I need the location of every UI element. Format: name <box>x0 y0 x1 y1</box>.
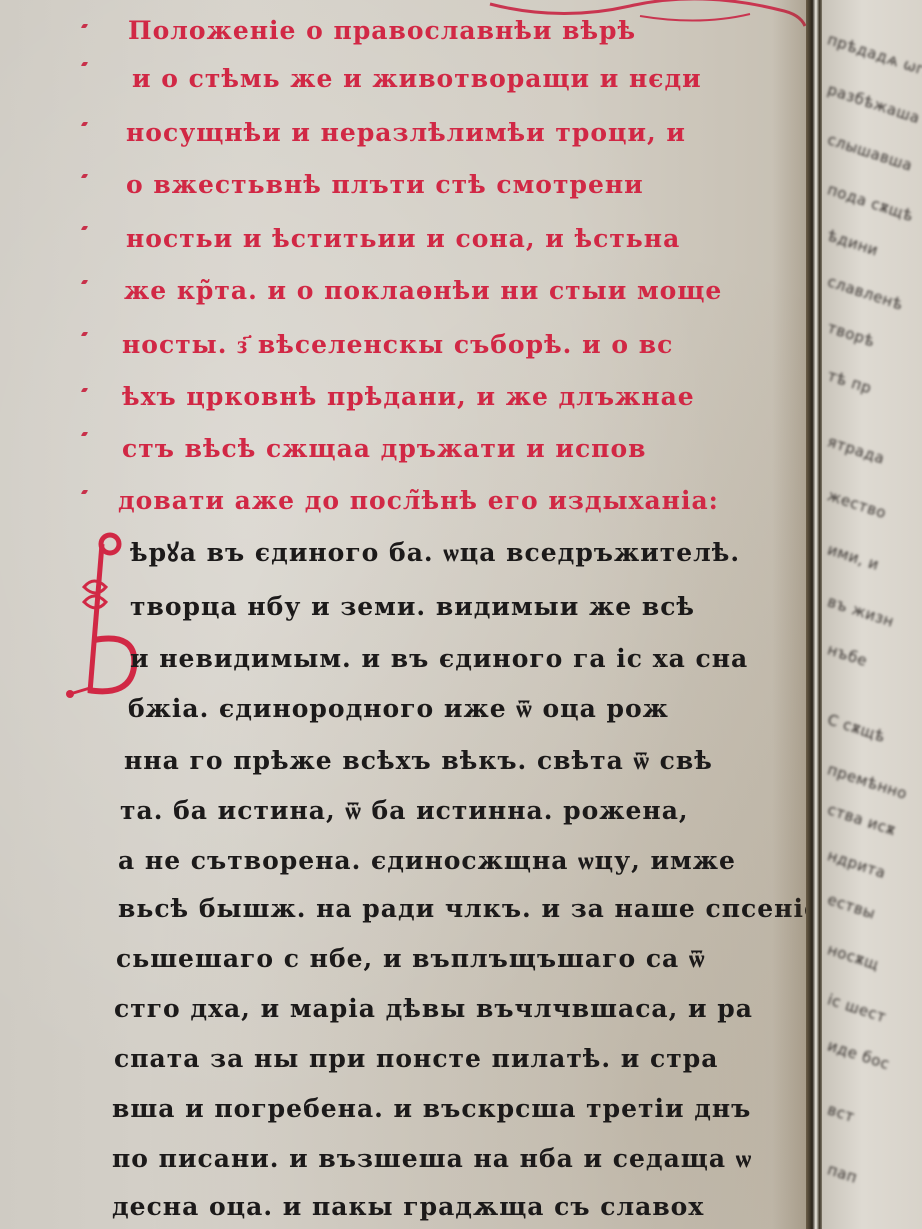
body-line: бжіа. єдинородного иже ѿ оца рож <box>128 696 669 721</box>
right-page-line: С сѫщѣ <box>825 710 888 746</box>
rubric-line: довати аже до посл̃ѣнѣ его издыханіа: <box>118 488 719 513</box>
margin-mark <box>81 122 88 126</box>
body-line: десна оца. и пакы градѫща съ славох <box>112 1194 704 1219</box>
left-page: Положеніе о православнѣи вѣрѣ и о стѣмь … <box>0 0 812 1229</box>
right-page-line: премѣнно <box>825 760 909 803</box>
right-page-line: пап <box>825 1160 859 1186</box>
rubric-line: Положеніе о православнѣи вѣрѣ <box>128 18 636 43</box>
manuscript-photo: Положеніе о православнѣи вѣрѣ и о стѣмь … <box>0 0 922 1229</box>
body-line: и невидимым. и въ єдиного га іс ха сна <box>130 646 748 671</box>
rubric-line: и о стѣмь же и животворащи и нєди <box>132 66 702 91</box>
body-line: нна го прѣже всѣхъ вѣкъ. свѣта ѿ свѣ <box>124 748 713 773</box>
right-page-line: ятрада <box>825 432 887 467</box>
right-page-line: тѣ пр <box>825 366 874 397</box>
right-page-line: іс шест <box>825 990 888 1026</box>
right-page-line: творѣ <box>825 318 877 350</box>
margin-mark <box>81 174 88 178</box>
rubric-line: же кр̃та. и о поклаѳнѣи ни стыи моще <box>124 278 722 303</box>
right-page-line: разбѣжаша <box>825 80 922 127</box>
rubric-line: стъ вѣсѣ сжщаа дръжати и испов <box>122 436 647 461</box>
margin-mark <box>81 280 88 284</box>
body-line: по писани. и възшеша на нба и седаща ѡ <box>112 1146 752 1171</box>
right-page-line: ествы <box>825 890 878 922</box>
margin-mark <box>81 388 88 392</box>
margin-mark <box>81 332 88 336</box>
body-line: сьшешаго с нбе, и въплъщъшаго са ѿ <box>116 946 705 971</box>
right-page-line: иде бос <box>825 1036 892 1073</box>
margin-mark <box>81 490 88 494</box>
right-page-line: ѣдини <box>825 226 880 259</box>
body-line: стго дха, и маріа дѣвы въчлчвшаса, и ра <box>114 996 753 1021</box>
margin-mark <box>81 226 88 230</box>
rubric-line: носущнѣи и неразлѣлимѣи троци, и <box>126 120 686 145</box>
rubric-line: о вжестьвнѣ плъти стѣ смотрени <box>126 172 644 197</box>
body-line: вша и погребена. и въскрсша третіи днъ <box>112 1096 751 1121</box>
body-line: а не сътворена. єдиносжщна ѡцу, имже <box>118 848 736 873</box>
right-page-line: носѫщ <box>825 940 881 974</box>
margin-mark <box>81 24 88 28</box>
right-page-line: вст <box>825 1100 857 1126</box>
right-page-line: ства исѫ <box>825 800 898 839</box>
right-page-line: нъбе <box>825 640 869 670</box>
right-page-line: славленѣ <box>825 272 905 313</box>
decorated-initial-letter <box>62 532 140 702</box>
body-line: вьсѣ бышж. на ради члкъ. и за наше спсен… <box>118 896 821 921</box>
body-line: творца нбу и земи. видимыи же всѣ <box>130 594 695 619</box>
margin-mark <box>81 62 88 66</box>
right-page-line: ими, и <box>825 540 881 574</box>
rubric-line: ностьи и ѣститьии и сона, и ѣстьна <box>126 226 680 251</box>
right-page: прѣдадѧ ѡгни разбѣжаша слышавша пода сѫщ… <box>822 0 922 1229</box>
right-page-line: въ жизн <box>825 592 896 630</box>
right-page-line: жество <box>825 486 888 522</box>
rubric-line: ѣхъ црковнѣ прѣдани, и же длъжнае <box>122 384 695 409</box>
body-line: спата за ны при понсте пилатѣ. и стра <box>114 1046 718 1071</box>
right-page-line: слышавша <box>825 130 915 174</box>
right-page-line: пода сѫщѣ <box>825 180 916 225</box>
right-page-line: ндрита <box>825 846 888 882</box>
margin-mark <box>81 432 88 436</box>
rubric-line: носты. з҃ вѣселенскы съборѣ. и о вс <box>122 332 673 357</box>
body-line: та. ба истина, ѿ ба истинна. рожена, <box>120 798 689 823</box>
body-line: ѣрꙋа въ єдиного ба. ѡца вседръжителѣ. <box>130 540 740 565</box>
right-page-line: прѣдадѧ ѡгни <box>825 30 922 85</box>
